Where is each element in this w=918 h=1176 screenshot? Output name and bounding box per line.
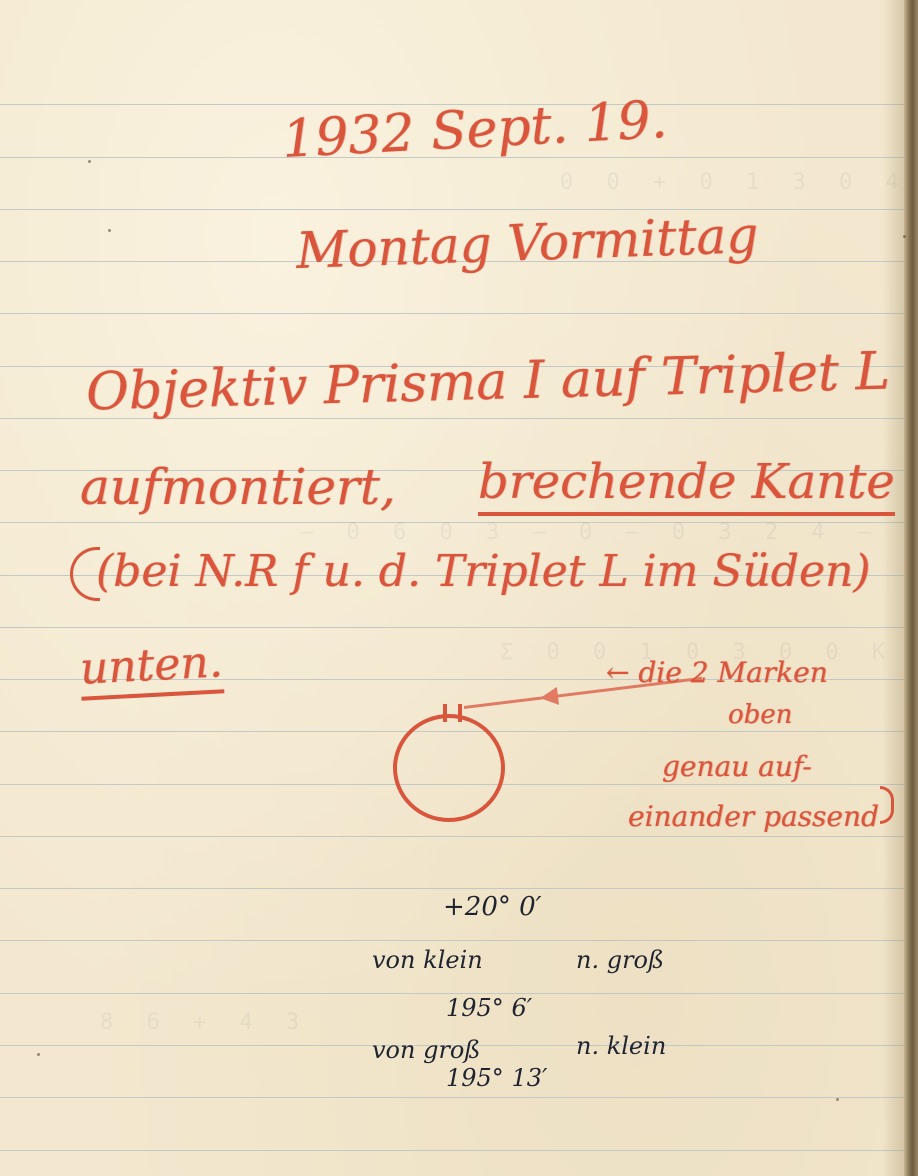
body-line-2-plain: aufmontiert, bbox=[80, 458, 396, 516]
alignment-mark-left bbox=[443, 704, 447, 722]
paper-speck bbox=[37, 1053, 40, 1056]
annotation-line-1: ← die 2 Marken bbox=[606, 656, 828, 689]
pencil-note-angle-start: +20° 0′ bbox=[443, 892, 542, 922]
rule-line bbox=[0, 1150, 905, 1151]
arrow-head-icon bbox=[539, 687, 559, 707]
paper-speck bbox=[903, 235, 906, 238]
page-gutter bbox=[904, 0, 918, 1176]
alignment-mark-right bbox=[458, 704, 462, 722]
notebook-page: 0 0 + 0 1 3 0 4 3 0 — 0 6 0 3 — 0 — 0 3 … bbox=[0, 0, 918, 1176]
rule-line bbox=[0, 940, 905, 941]
paper-speck bbox=[836, 1098, 839, 1101]
pencil-note-from-large: von groß bbox=[372, 1036, 480, 1064]
rule-line bbox=[0, 313, 905, 314]
lens-circle-diagram bbox=[393, 714, 505, 822]
paper-speck bbox=[88, 160, 91, 163]
pencil-note-to-small: n. klein bbox=[576, 1032, 666, 1060]
show-through: — 0 6 0 3 — 0 — 0 3 2 4 — bbox=[300, 520, 881, 545]
body-line-4-underlined: unten. bbox=[79, 636, 225, 700]
pencil-note-reading-1: 195° 6′ bbox=[446, 994, 532, 1022]
rule-line bbox=[0, 1097, 905, 1098]
rule-line bbox=[0, 209, 905, 210]
pencil-note-from-small: von klein bbox=[372, 946, 483, 974]
annotation-line-2: oben bbox=[728, 700, 792, 730]
annotation-line-3: genau auf- bbox=[662, 750, 812, 783]
body-line-3: (bei N.R f u. d. Triplet L im Süden) bbox=[96, 546, 871, 597]
pencil-note-reading-2: 195° 13′ bbox=[446, 1064, 547, 1092]
rule-line bbox=[0, 627, 905, 628]
rule-line bbox=[0, 836, 905, 837]
paper-speck bbox=[108, 229, 111, 232]
annotation-line-4: einander passend bbox=[628, 800, 879, 833]
page-gutter-shadow bbox=[882, 0, 904, 1176]
rule-line bbox=[0, 888, 905, 889]
body-line-2-underlined: brechende Kante bbox=[478, 454, 895, 516]
pencil-note-to-large: n. groß bbox=[576, 946, 664, 974]
show-through: 0 0 + 0 1 3 0 4 3 0 bbox=[560, 170, 918, 195]
show-through: 8 6 + 4 3 bbox=[100, 1010, 309, 1035]
